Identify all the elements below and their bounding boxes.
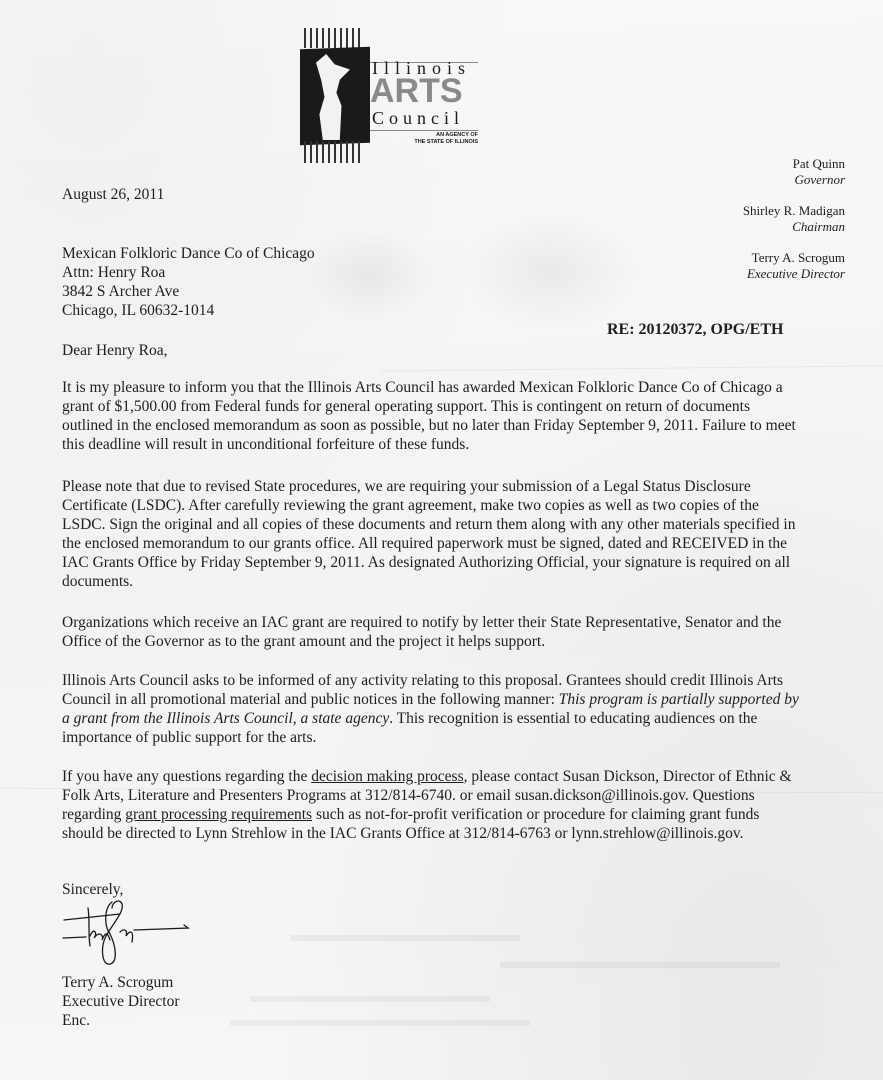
paragraph-contacts: If you have any questions regarding the …: [62, 767, 802, 843]
official-title: Executive Director: [743, 266, 845, 282]
handwritten-signature-icon: [60, 900, 195, 970]
logo-stripes: [304, 141, 362, 163]
bleed-through-mark: [290, 935, 520, 941]
decision-making-process-text: decision making process: [311, 768, 463, 785]
official-name: Shirley R. Madigan: [743, 203, 845, 219]
bleed-through-mark: [250, 996, 490, 1002]
grant-processing-requirements-text: grant processing requirements: [125, 806, 312, 823]
paragraph-text: If you have any questions regarding the …: [62, 767, 802, 843]
bleed-through-mark: [500, 962, 780, 968]
paragraph-text: It is my pleasure to inform you that the…: [62, 378, 802, 454]
paper-smudge: [300, 230, 440, 320]
signer-title: Executive Director: [62, 992, 179, 1011]
closing: Sincerely,: [62, 880, 123, 899]
official-governor: Pat Quinn Governor: [743, 156, 845, 188]
paragraph-award: It is my pleasure to inform you that the…: [62, 378, 802, 454]
officials-list: Pat Quinn Governor Shirley R. Madigan Ch…: [743, 156, 845, 297]
paragraph-text: Organizations which receive an IAC grant…: [62, 613, 802, 651]
reference-line: RE: 20120372, OPG/ETH: [607, 321, 783, 339]
paper-smudge: [460, 210, 640, 330]
recipient-city: Chicago, IL 60632-1014: [62, 301, 315, 320]
official-executive-director: Terry A. Scrogum Executive Director: [743, 250, 845, 282]
enclosure-note: Enc.: [62, 1011, 179, 1030]
signer-block: Terry A. Scrogum Executive Director Enc.: [62, 973, 179, 1030]
illinois-arts-council-logo: Illinois ARTS Council AN AGENCY OF THE S…: [298, 28, 483, 168]
logo-tagline-1: AN AGENCY OF: [398, 132, 478, 139]
recipient-organization: Mexican Folkloric Dance Co of Chicago: [62, 244, 315, 263]
logo-tagline: AN AGENCY OF THE STATE OF ILLINOIS: [398, 132, 478, 146]
logo-council: Council: [372, 108, 464, 129]
paragraph-text: Please note that due to revised State pr…: [62, 477, 802, 591]
letter-date: August 26, 2011: [62, 185, 164, 204]
contacts-text: If you have any questions regarding the: [62, 768, 311, 785]
official-chairman: Shirley R. Madigan Chairman: [743, 203, 845, 235]
official-title: Chairman: [743, 219, 845, 235]
signer-name: Terry A. Scrogum: [62, 973, 179, 992]
logo-stripes: [304, 28, 362, 48]
logo-arts: ARTS: [370, 72, 463, 111]
paragraph-credit: Illinois Arts Council asks to be informe…: [62, 671, 802, 747]
official-name: Pat Quinn: [743, 156, 845, 172]
paragraph-text: Illinois Arts Council asks to be informe…: [62, 671, 802, 747]
logo-rule: [370, 130, 478, 131]
recipient-attn: Attn: Henry Roa: [62, 263, 315, 282]
bleed-through-mark: [230, 1020, 530, 1026]
official-title: Governor: [743, 172, 845, 188]
salutation: Dear Henry Roa,: [62, 341, 167, 360]
paragraph-notify: Organizations which receive an IAC grant…: [62, 613, 802, 651]
recipient-address: Mexican Folkloric Dance Co of Chicago At…: [62, 244, 315, 320]
logo-tagline-2: THE STATE OF ILLINOIS: [398, 139, 478, 146]
official-name: Terry A. Scrogum: [743, 250, 845, 266]
recipient-street: 3842 S Archer Ave: [62, 282, 315, 301]
paragraph-lsdc: Please note that due to revised State pr…: [62, 477, 802, 591]
